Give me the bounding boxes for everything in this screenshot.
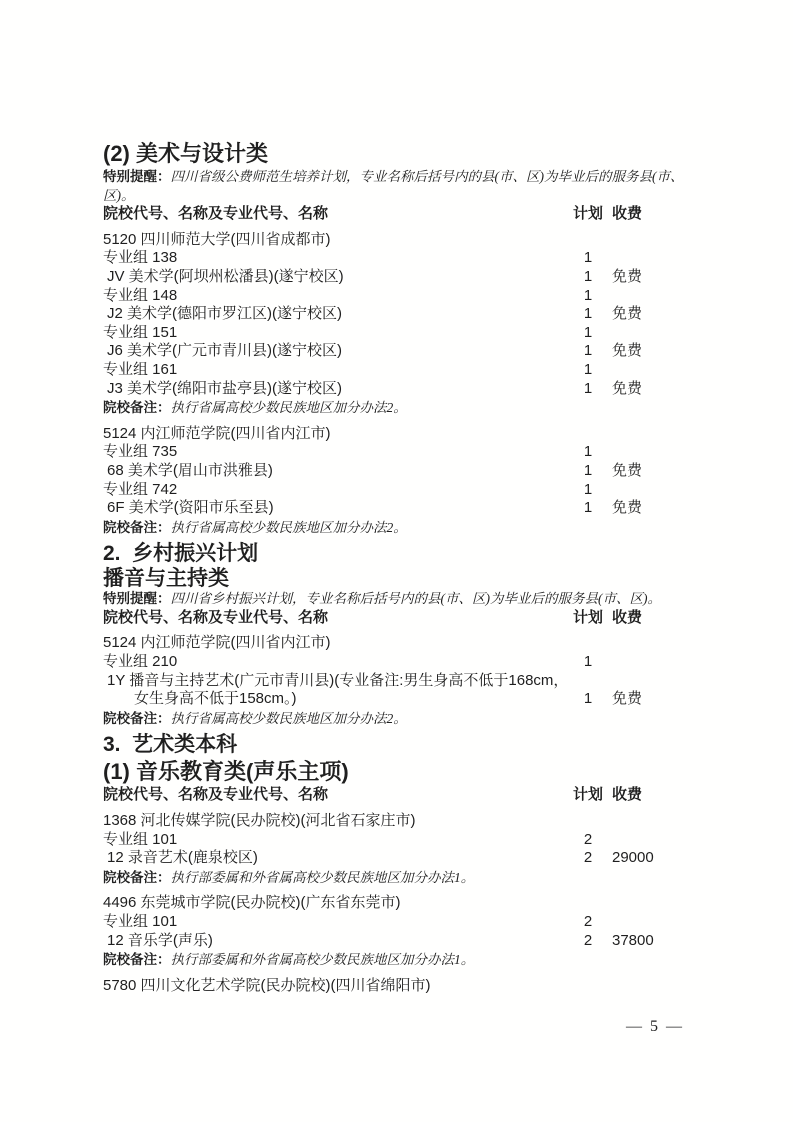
heading-rural-revitalization: 2. 乡村振兴计划 xyxy=(103,542,704,565)
note-label: 院校备注： xyxy=(103,520,171,535)
row-text: 特别提醒：四川省乡村振兴计划，专业名称后括号内的县(市、区)为毕业后的服务县(市… xyxy=(103,590,704,609)
row-note: 院校备注：执行部委属和外省属高校少数民族地区加分办法1。 xyxy=(103,951,704,970)
plan-value: 1 xyxy=(564,249,612,268)
row-text: 专业组 210 xyxy=(103,653,564,672)
fee-value: 免费 xyxy=(612,305,704,324)
row-colhead: 院校代号、名称及专业代号、名称计划收费 xyxy=(103,786,704,805)
document-body: (2) 美术与设计类特别提醒：四川省级公费师范生培养计划，专业名称后括号内的县(… xyxy=(103,140,704,995)
row-text: 5124 内江师范学院(四川省内江市) xyxy=(103,425,704,444)
row-group: 专业组 1012 xyxy=(103,831,704,850)
row-text: 2. 乡村振兴计划 xyxy=(103,542,704,565)
fee-value: 免费 xyxy=(612,268,704,287)
row-text: 5120 四川师范大学(四川省成都市) xyxy=(103,231,704,250)
plan-value: 1 xyxy=(564,380,612,399)
plan-value: 1 xyxy=(564,287,612,306)
fee-value: 37800 xyxy=(612,932,704,951)
reminder-label: 特别提醒： xyxy=(103,591,171,606)
row-body-text: 执行省属高校少数民族地区加分办法2。 xyxy=(171,520,407,535)
row-institution: 5780 四川文化艺术学院(民办院校)(四川省绵阳市) xyxy=(103,977,704,996)
row-text: J2 美术学(德阳市罗江区)(遂宁校区) xyxy=(103,305,564,324)
row-major: 68 美术学(眉山市洪雅县)1免费 xyxy=(103,462,704,481)
row-text: 5780 四川文化艺术学院(民办院校)(四川省绵阳市) xyxy=(103,977,704,996)
row-body-text: 执行部委属和外省属高校少数民族地区加分办法1。 xyxy=(171,870,475,885)
fee-column-header: 收费 xyxy=(612,205,704,224)
fee-value: 免费 xyxy=(612,342,704,361)
row-text: 12 音乐学(声乐) xyxy=(103,932,564,951)
row-note: 院校备注：执行省属高校少数民族地区加分办法2。 xyxy=(103,519,704,538)
row-text: 6F 美术学(资阳市乐至县) xyxy=(103,499,564,518)
note-label: 院校备注： xyxy=(103,870,171,885)
row-text: 专业组 101 xyxy=(103,913,564,932)
row-reminder: 特别提醒：四川省乡村振兴计划，专业名称后括号内的县(市、区)为毕业后的服务县(市… xyxy=(103,590,704,609)
row-text: 院校备注：执行省属高校少数民族地区加分办法2。 xyxy=(103,399,704,418)
row-group: 专业组 1381 xyxy=(103,249,704,268)
row-text: 特别提醒：四川省级公费师范生培养计划，专业名称后括号内的县(市、区)为毕业后的服… xyxy=(103,168,704,205)
row-text: 专业组 742 xyxy=(103,481,564,500)
row-body-text: 执行部委属和外省属高校少数民族地区加分办法1。 xyxy=(171,952,475,967)
row-group: 专业组 2101 xyxy=(103,653,704,672)
plan-column-header: 计划 xyxy=(564,609,612,628)
row-institution: 1368 河北传媒学院(民办院校)(河北省石家庄市) xyxy=(103,812,704,831)
heading-art-design: (2) 美术与设计类 xyxy=(103,140,704,167)
note-label: 院校备注： xyxy=(103,711,171,726)
row-majorcont: 女生身高不低于158cm。)1免费 xyxy=(103,690,704,709)
plan-column-header: 计划 xyxy=(564,786,612,805)
row-major: 6F 美术学(资阳市乐至县)1免费 xyxy=(103,499,704,518)
fee-column-header: 收费 xyxy=(612,609,704,628)
row-body-text: 执行省属高校少数民族地区加分办法2。 xyxy=(171,711,407,726)
row-colhead: 院校代号、名称及专业代号、名称计划收费 xyxy=(103,205,704,224)
row-text: 3. 艺术类本科 xyxy=(103,733,704,756)
row-text: 播音与主持类 xyxy=(103,567,704,590)
page-number: — 5 — xyxy=(626,1018,684,1036)
fee-column-header: 收费 xyxy=(612,786,704,805)
row-text: 12 录音艺术(鹿泉校区) xyxy=(103,849,564,868)
row-note: 院校备注：执行省属高校少数民族地区加分办法2。 xyxy=(103,399,704,418)
row-major: J2 美术学(德阳市罗江区)(遂宁校区)1免费 xyxy=(103,305,704,324)
plan-value: 1 xyxy=(564,443,612,462)
plan-value: 1 xyxy=(564,268,612,287)
row-major: J6 美术学(广元市青川县)(遂宁校区)1免费 xyxy=(103,342,704,361)
fee-value: 免费 xyxy=(612,690,704,709)
row-institution: 5124 内江师范学院(四川省内江市) xyxy=(103,425,704,444)
row-group: 专业组 7351 xyxy=(103,443,704,462)
row-text: 院校代号、名称及专业代号、名称 xyxy=(103,205,564,224)
fee-value: 免费 xyxy=(612,462,704,481)
row-text: 4496 东莞城市学院(民办院校)(广东省东莞市) xyxy=(103,894,704,913)
row-text: 院校备注：执行部委属和外省属高校少数民族地区加分办法1。 xyxy=(103,951,704,970)
row-text: 院校代号、名称及专业代号、名称 xyxy=(103,786,564,805)
row-text: 院校备注：执行部委属和外省属高校少数民族地区加分办法1。 xyxy=(103,869,704,888)
plan-value: 2 xyxy=(564,932,612,951)
fee-value: 免费 xyxy=(612,380,704,399)
row-colhead: 院校代号、名称及专业代号、名称计划收费 xyxy=(103,609,704,628)
fee-value: 免费 xyxy=(612,499,704,518)
row-body-text: 四川省级公费师范生培养计划，专业名称后括号内的县(市、区)为毕业后的服务县(市、… xyxy=(103,169,684,203)
plan-value: 1 xyxy=(564,462,612,481)
heading-broadcasting: 播音与主持类 xyxy=(103,567,704,590)
heading-art-undergraduate: 3. 艺术类本科 xyxy=(103,733,704,756)
row-group: 专业组 1481 xyxy=(103,287,704,306)
row-group: 专业组 1012 xyxy=(103,913,704,932)
row-text: 院校备注：执行省属高校少数民族地区加分办法2。 xyxy=(103,710,704,729)
row-major: 1Y 播音与主持艺术(广元市青川县)(专业备注:男生身高不低于168cm， xyxy=(103,672,704,691)
row-group: 专业组 1611 xyxy=(103,361,704,380)
plan-value: 1 xyxy=(564,342,612,361)
row-text: 院校备注：执行省属高校少数民族地区加分办法2。 xyxy=(103,519,704,538)
row-institution: 5120 四川师范大学(四川省成都市) xyxy=(103,231,704,250)
row-text: 5124 内江师范学院(四川省内江市) xyxy=(103,634,704,653)
plan-value: 1 xyxy=(564,361,612,380)
plan-value: 2 xyxy=(564,849,612,868)
row-note: 院校备注：执行部委属和外省属高校少数民族地区加分办法1。 xyxy=(103,869,704,888)
plan-value: 1 xyxy=(564,690,612,709)
plan-column-header: 计划 xyxy=(564,205,612,224)
row-text: 专业组 151 xyxy=(103,324,564,343)
row-text: J6 美术学(广元市青川县)(遂宁校区) xyxy=(103,342,564,361)
heading-music-education: (1) 音乐教育类(声乐主项) xyxy=(103,758,704,785)
row-group: 专业组 1511 xyxy=(103,324,704,343)
row-text: 院校代号、名称及专业代号、名称 xyxy=(103,609,564,628)
row-text: 1368 河北传媒学院(民办院校)(河北省石家庄市) xyxy=(103,812,704,831)
note-label: 院校备注： xyxy=(103,400,171,415)
row-text: 专业组 101 xyxy=(103,831,564,850)
row-major: J3 美术学(绵阳市盐亭县)(遂宁校区)1免费 xyxy=(103,380,704,399)
row-note: 院校备注：执行省属高校少数民族地区加分办法2。 xyxy=(103,710,704,729)
row-text: 专业组 161 xyxy=(103,361,564,380)
row-text: 女生身高不低于158cm。) xyxy=(103,690,564,709)
row-institution: 4496 东莞城市学院(民办院校)(广东省东莞市) xyxy=(103,894,704,913)
reminder-label: 特别提醒： xyxy=(103,169,171,184)
row-institution: 5124 内江师范学院(四川省内江市) xyxy=(103,634,704,653)
row-reminder: 特别提醒：四川省级公费师范生培养计划，专业名称后括号内的县(市、区)为毕业后的服… xyxy=(103,168,704,205)
plan-value: 1 xyxy=(564,324,612,343)
plan-value: 1 xyxy=(564,481,612,500)
row-group: 专业组 7421 xyxy=(103,481,704,500)
row-major: 12 音乐学(声乐)237800 xyxy=(103,932,704,951)
plan-value: 1 xyxy=(564,305,612,324)
note-label: 院校备注： xyxy=(103,952,171,967)
row-text: (2) 美术与设计类 xyxy=(103,140,704,167)
row-body-text: 四川省乡村振兴计划，专业名称后括号内的县(市、区)为毕业后的服务县(市、区)。 xyxy=(171,591,661,606)
document-page: (2) 美术与设计类特别提醒：四川省级公费师范生培养计划，专业名称后括号内的县(… xyxy=(0,0,793,1122)
row-text: 68 美术学(眉山市洪雅县) xyxy=(103,462,564,481)
plan-value: 1 xyxy=(564,653,612,672)
plan-value: 2 xyxy=(564,913,612,932)
row-major: JV 美术学(阿坝州松潘县)(遂宁校区)1免费 xyxy=(103,268,704,287)
row-body-text: 执行省属高校少数民族地区加分办法2。 xyxy=(171,400,407,415)
row-text: 专业组 148 xyxy=(103,287,564,306)
row-text: 专业组 735 xyxy=(103,443,564,462)
row-text: 1Y 播音与主持艺术(广元市青川县)(专业备注:男生身高不低于168cm， xyxy=(103,672,704,691)
row-major: 12 录音艺术(鹿泉校区)229000 xyxy=(103,849,704,868)
row-text: (1) 音乐教育类(声乐主项) xyxy=(103,758,704,785)
plan-value: 1 xyxy=(564,499,612,518)
fee-value: 29000 xyxy=(612,849,704,868)
row-text: 专业组 138 xyxy=(103,249,564,268)
row-text: JV 美术学(阿坝州松潘县)(遂宁校区) xyxy=(103,268,564,287)
row-text: J3 美术学(绵阳市盐亭县)(遂宁校区) xyxy=(103,380,564,399)
plan-value: 2 xyxy=(564,831,612,850)
